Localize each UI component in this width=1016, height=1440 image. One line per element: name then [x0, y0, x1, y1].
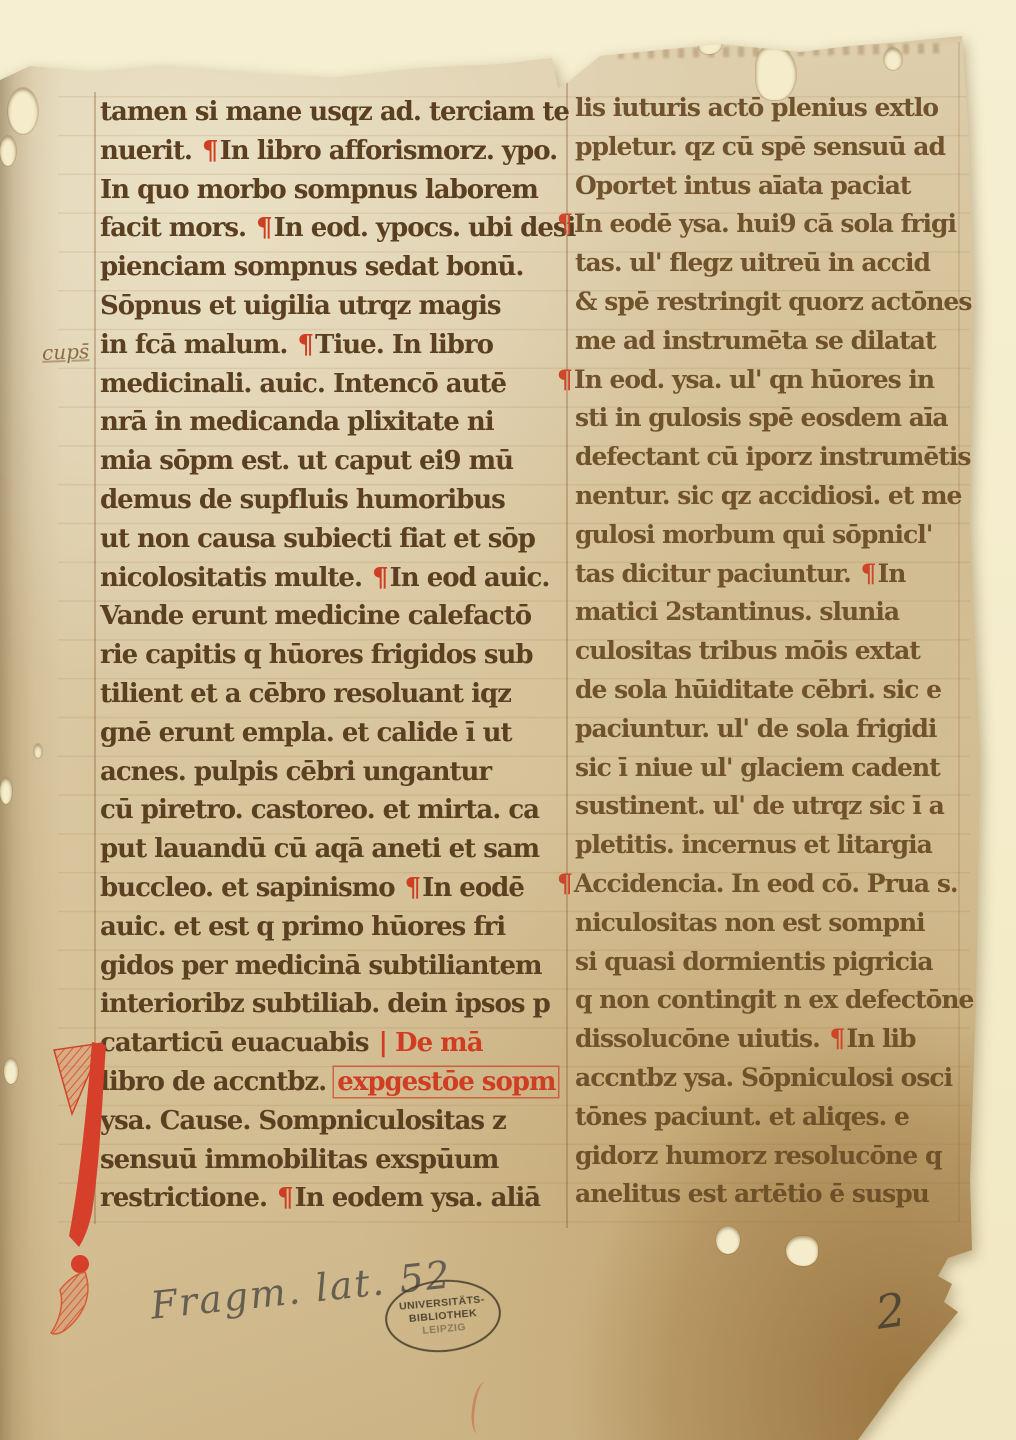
ink-text: in fcā malum.: [100, 330, 296, 360]
ink-text: cū piretro. castoreo. et mirta. ca: [100, 795, 539, 825]
text-line: auic. et est q primo hūores fri: [100, 908, 570, 947]
ink-text: pienciam sompnus sedat bonū.: [100, 252, 523, 282]
ink-text: Vande erunt medicine calefactō: [100, 601, 531, 631]
text-line: demus de supfluis humoribus: [100, 481, 570, 520]
text-line: medicinali. auic. Intencō autē: [100, 365, 570, 404]
ink-text: catarticū euacuabis: [100, 1028, 377, 1058]
ink-text: demus de supfluis humoribus: [100, 485, 505, 515]
rubric-text: ¶: [370, 563, 390, 593]
ink-text: put lauandū cū aqā aneti et sam: [100, 834, 539, 864]
text-line: de sola hūiditate cēbri. sic e: [575, 671, 1015, 710]
marginal-note: cups̄: [42, 339, 90, 365]
ink-text: ysa. Cause. Sompniculositas z: [100, 1106, 506, 1136]
ink-text: q non contingit n ex defectōne: [575, 985, 973, 1014]
text-line: tōnes paciunt. et aliqes. e: [575, 1098, 1015, 1137]
ink-text: restrictione.: [100, 1183, 275, 1213]
text-line: facit mors. ¶In eod. ypocs. ubi desi: [100, 209, 570, 248]
ink-text: In eodē ysa. hui9 cā sola frigi: [574, 209, 956, 238]
text-line: pletitis. incernus et litargia: [575, 826, 1015, 865]
ink-text: tamen si mane usqz ad. terciam te: [100, 97, 569, 127]
ink-text: tilient et a cēbro resoluant iqz: [100, 679, 511, 709]
text-line: tilient et a cēbro resoluant iqz: [100, 675, 570, 714]
parchment-wrap: tamen si mane usqz ad. terciam tenuerit.…: [0, 0, 1016, 1440]
text-line: libro de accntbz. expgestōe sopm: [100, 1063, 570, 1102]
rubric-text: ¶: [555, 869, 574, 898]
ink-text: nicolositatis multe.: [100, 563, 370, 593]
text-line: gulosi morbum qui sōpnicl': [575, 516, 1015, 555]
text-line: paciuntur. ul' de sola frigidi: [575, 710, 1015, 749]
text-line: pienciam sompnus sedat bonū.: [100, 248, 570, 287]
text-line: ¶Accidencia. In eod cō. Prua s.: [575, 865, 1015, 904]
ink-text: accntbz ysa. Sōpniculosi osci: [575, 1063, 952, 1092]
ink-text: gnē erunt empla. et calide ī ut: [100, 718, 512, 748]
rubric-text: ¶: [859, 559, 878, 588]
ink-text: In lib: [846, 1024, 915, 1053]
worm-hole: [8, 88, 38, 134]
ink-text: In libro afforismorz. ypo.: [220, 136, 558, 166]
ink-text: ut non causa subiecti fiat et sōp: [100, 524, 535, 554]
text-line: si quasi dormientis pigricia: [575, 943, 1015, 982]
ink-text: me ad instrumēta se dilatat: [575, 326, 936, 355]
ink-text: anelitus est artētio ē suspu: [575, 1179, 929, 1208]
rubric-text: ¶: [275, 1183, 295, 1213]
text-line: ¶In eod. ysa. ul' qn hūores in: [575, 361, 1015, 400]
rubric-text: | De mā: [377, 1028, 485, 1058]
worm-hole: [716, 1226, 740, 1254]
text-line: buccleo. et sapinismo ¶In eodē: [100, 869, 570, 908]
text-line: ¶In eodē ysa. hui9 cā sola frigi: [575, 205, 1015, 244]
ink-text: paciuntur. ul' de sola frigidi: [575, 714, 936, 743]
ink-text: de sola hūiditate cēbri. sic e: [575, 675, 941, 704]
ink-text: culositas tribus mōis extat: [575, 636, 920, 665]
ink-text: tas. ul' flegz uitreū in accid: [575, 248, 930, 277]
ink-text: nuerit.: [100, 136, 200, 166]
ink-text: In quo morbo sompnus laborem: [100, 175, 538, 205]
text-line: accntbz ysa. Sōpniculosi osci: [575, 1059, 1015, 1098]
ink-text: medicinali. auic. Intencō autē: [100, 369, 506, 399]
worm-hole: [4, 1058, 18, 1084]
ink-text: ppletur. qz cū spē sensuū ad: [575, 132, 945, 161]
text-line: catarticū euacuabis | De mā: [100, 1024, 570, 1063]
initial-tail: [51, 1272, 88, 1334]
ink-text: auic. et est q primo hūores fri: [100, 912, 505, 942]
text-line: sti in gulosis spē eosdem aīa: [575, 399, 1015, 438]
text-line: Sōpnus et uigilia utrqz magis: [100, 287, 570, 326]
text-line: nuerit. ¶In libro afforismorz. ypo.: [100, 132, 570, 171]
text-line: ut non causa subiecti fiat et sōp: [100, 520, 570, 559]
text-line: interioribz subtiliab. dein ipsos p: [100, 985, 570, 1024]
rubric-text: expgestōe sopm: [334, 1067, 558, 1097]
text-line: sic ī niue ul' glaciem cadent: [575, 749, 1015, 788]
text-line: matici 2stantinus. slunia: [575, 593, 1015, 632]
rubric-text: ¶: [828, 1024, 847, 1053]
ink-text: In eod auic.: [390, 563, 550, 593]
text-line: tamen si mane usqz ad. terciam te: [100, 93, 570, 132]
text-line: mia sōpm est. ut caput ei9 mū: [100, 442, 570, 481]
ink-text: defectant cū iporz instrumētis: [575, 442, 970, 471]
text-line: tas dicitur paciuntur. ¶In: [575, 555, 1015, 594]
text-line: nrā in medicanda plixitate ni: [100, 403, 570, 442]
rubric-text: ¶: [296, 330, 316, 360]
ink-text: lis iuturis actō plenius extlo: [575, 93, 938, 122]
text-line: in fcā malum. ¶Tiue. In libro: [100, 326, 570, 365]
ink-text: interioribz subtiliab. dein ipsos p: [100, 989, 550, 1019]
text-line: lis iuturis actō plenius extlo: [575, 89, 1015, 128]
text-line: gidorz humorz resolucōne q: [575, 1137, 1015, 1176]
ink-text: mia sōpm est. ut caput ei9 mū: [100, 446, 513, 476]
text-line: Oportet intus aīata paciat: [575, 167, 1015, 206]
stamp-line-3: LEIPZIG: [422, 1321, 467, 1338]
folio-number: 2: [872, 1282, 909, 1340]
worm-hole: [884, 48, 902, 70]
ink-text: niculositas non est sompni: [575, 908, 925, 937]
initial-ball: [71, 1255, 89, 1273]
rubric-text: ¶: [403, 873, 423, 903]
text-line: restrictione. ¶In eodem ysa. aliā: [100, 1179, 570, 1218]
ink-text: facit mors.: [100, 213, 254, 243]
rubric-text: ¶: [254, 213, 274, 243]
text-line: gnē erunt empla. et calide ī ut: [100, 714, 570, 753]
ink-text: In: [878, 559, 906, 588]
rubric-initial-i: [40, 1040, 124, 1350]
ink-text: buccleo. et sapinismo: [100, 873, 403, 903]
ink-text: Tiue. In libro: [315, 330, 493, 360]
rubric-text: ¶: [555, 365, 574, 394]
text-line: anelitus est artētio ē suspu: [575, 1175, 1015, 1214]
ink-text: tas dicitur paciuntur.: [575, 559, 859, 588]
text-line: sustinent. ul' de utrqz sic ī a: [575, 787, 1015, 826]
text-column-left: tamen si mane usqz ad. terciam tenuerit.…: [100, 93, 570, 1218]
ink-text: gidos per medicinā subtiliantem: [100, 951, 542, 981]
ink-text: sti in gulosis spē eosdem aīa: [575, 403, 948, 432]
ink-text: In eodem ysa. aliā: [295, 1183, 540, 1213]
text-line: In quo morbo sompnus laborem: [100, 171, 570, 210]
worm-hole: [0, 778, 12, 804]
ink-text: sensuū immobilitas exspūum: [100, 1145, 498, 1175]
ink-text: libro de accntbz.: [100, 1067, 334, 1097]
ink-text: In eod. ypocs. ubi desi: [274, 213, 576, 243]
ink-text: gulosi morbum qui sōpnicl': [575, 520, 932, 549]
ink-text: si quasi dormientis pigricia: [575, 947, 933, 976]
text-line: rie capitis q hūores frigidos sub: [100, 636, 570, 675]
text-line: culositas tribus mōis extat: [575, 632, 1015, 671]
text-line: acnes. pulpis cēbri ungantur: [100, 753, 570, 792]
ink-text: nrā in medicanda plixitate ni: [100, 407, 494, 437]
text-line: me ad instrumēta se dilatat: [575, 322, 1015, 361]
text-line: cū piretro. castoreo. et mirta. ca: [100, 791, 570, 830]
ink-text: sustinent. ul' de utrqz sic ī a: [575, 791, 944, 820]
text-column-right: lis iuturis actō plenius extloppletur. q…: [575, 89, 1015, 1214]
ink-text: rie capitis q hūores frigidos sub: [100, 640, 533, 670]
photograph-backdrop: tamen si mane usqz ad. terciam tenuerit.…: [0, 0, 1016, 1440]
rubric-text: ¶: [200, 136, 220, 166]
text-line: put lauandū cū aqā aneti et sam: [100, 830, 570, 869]
ink-text: Accidencia. In eod cō. Prua s.: [574, 869, 958, 898]
worm-hole: [756, 46, 796, 100]
ink-text: acnes. pulpis cēbri ungantur: [100, 757, 491, 787]
text-line: dissolucōne uiutis. ¶In lib: [575, 1020, 1015, 1059]
red-pen-mark: [468, 1381, 494, 1435]
ink-text: tōnes paciunt. et aliqes. e: [575, 1102, 909, 1131]
text-line: ppletur. qz cū spē sensuū ad: [575, 128, 1015, 167]
rubric-text: ¶: [555, 209, 574, 238]
worm-hole: [0, 136, 16, 166]
text-line: nicolositatis multe. ¶In eod auic.: [100, 559, 570, 598]
text-line: ysa. Cause. Sompniculositas z: [100, 1102, 570, 1141]
text-line: defectant cū iporz instrumētis: [575, 438, 1015, 477]
text-line: q non contingit n ex defectōne: [575, 981, 1015, 1020]
text-line: gidos per medicinā subtiliantem: [100, 947, 570, 986]
text-line: & spē restringit quorz actōnes: [575, 283, 1015, 322]
ink-text: Oportet intus aīata paciat: [575, 171, 910, 200]
text-line: niculositas non est sompni: [575, 904, 1015, 943]
worm-hole: [34, 744, 42, 758]
ink-text: gidorz humorz resolucōne q: [575, 1141, 941, 1170]
ink-text: In eodē: [422, 873, 524, 903]
ink-text: In eod. ysa. ul' qn hūores in: [574, 365, 934, 394]
ink-text: matici 2stantinus. slunia: [575, 597, 899, 626]
text-line: sensuū immobilitas exspūum: [100, 1141, 570, 1180]
text-line: nentur. sic qz accidiosi. et me: [575, 477, 1015, 516]
ink-text: nentur. sic qz accidiosi. et me: [575, 481, 961, 510]
parchment-leaf: tamen si mane usqz ad. terciam tenuerit.…: [0, 0, 1016, 1440]
text-line: tas. ul' flegz uitreū in accid: [575, 244, 1015, 283]
worm-hole: [786, 1236, 818, 1266]
ink-text: Sōpnus et uigilia utrqz magis: [100, 291, 501, 321]
ink-text: dissolucōne uiutis.: [575, 1024, 828, 1053]
ink-text: sic ī niue ul' glaciem cadent: [575, 753, 940, 782]
ink-text: & spē restringit quorz actōnes: [575, 287, 971, 316]
ink-text: pletitis. incernus et litargia: [575, 830, 932, 859]
text-line: Vande erunt medicine calefactō: [100, 597, 570, 636]
